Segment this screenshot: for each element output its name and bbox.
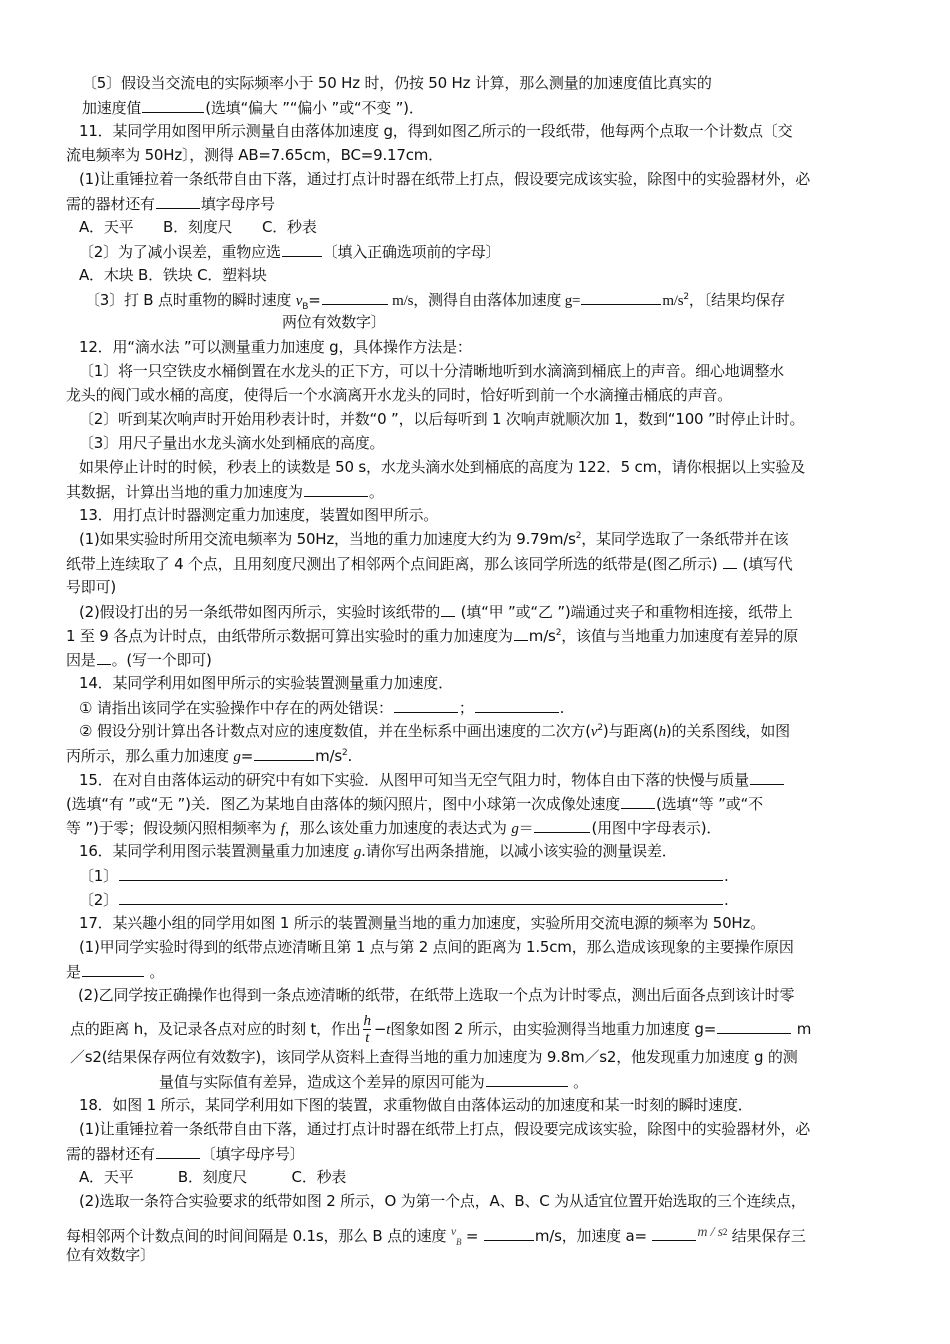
text: 〔填字母序号〕 [201, 1145, 305, 1163]
text: 。 [569, 1073, 588, 1091]
text: 两位有效数字〕 [282, 313, 386, 331]
text: A．木块 B．铁块 C．塑料块 [79, 266, 267, 284]
text: ； [459, 699, 474, 717]
answer-blank[interactable] [475, 697, 559, 713]
q11-stem-line2: 流电频率为 50Hz〕，测得 AB=7.65cm，BC=9.17cm． [66, 145, 443, 165]
text: ＝ [519, 819, 534, 837]
q17-part2-line4: 量值与实际值有差异，造成这个差异的原因可能为 。 [159, 1071, 588, 1092]
q16-stem: 16．某同学利用图示装置测量重力加速度 g.请你写出两条措施，以减小该实验的测量… [79, 841, 677, 862]
answer-blank[interactable] [119, 865, 723, 881]
q18-stem: 18．如图 1 所示，某同学利用如下图的装置，求重物做自由落体运动的加速度和某一… [79, 1095, 753, 1115]
answer-blank[interactable] [156, 1143, 200, 1159]
text: 结果保存三 [727, 1227, 806, 1245]
text: ① 请指出该同学在实验操作中存在的两处错误： [79, 699, 393, 717]
text: m/s [529, 627, 556, 645]
text: 。 [369, 483, 384, 501]
q15-line2: (选填“有 ”或“无 ”)关．图乙为某地自由落体的频闪照片，图中小球第一次成像处… [66, 793, 763, 814]
q13-part1-line3: 号即可) [66, 577, 116, 597]
q17-part1-line1: (1)甲同学实验时得到的纸带点迹清晰且第 1 点与第 2 点间的距离为 1.5c… [79, 937, 794, 957]
text: )的关系图线，如图 [666, 722, 790, 740]
text: m [792, 1020, 811, 1038]
q12-step3: 〔3〕用尺子量出水龙头滴水处到桶底的高度。 [79, 433, 384, 453]
q13-part1-line1: (1)如果实验时所用交流电频率为 50Hz，当地的重力加速度大约为 9.79m/… [79, 529, 788, 549]
text: 〔2〕为了减小误差，重物应选 [79, 243, 281, 261]
text: ，〔结果均保存 [689, 291, 785, 309]
answer-blank[interactable] [652, 1225, 696, 1241]
q18-part2-line1: (2)选取一条符合实验要求的纸带如图 2 所示，O 为第一个点，A、B、C 为从… [79, 1191, 806, 1211]
text: 18．如图 1 所示，某同学利用如下图的装置，求重物做自由落体运动的加速度和某一… [79, 1096, 753, 1114]
text: (选填“偏大 ”“偏小 ”或“不变 ”)． [205, 99, 423, 117]
answer-blank[interactable] [723, 553, 737, 569]
text: − [374, 1020, 386, 1038]
answer-blank[interactable] [142, 97, 204, 113]
q18-part1-line2: 需的器材还有〔填字母序号〕 [66, 1143, 304, 1164]
unit: m/s [315, 747, 342, 765]
text: m/s，测得自由落体加速度 g= [389, 293, 581, 309]
denominator: t [363, 1029, 371, 1046]
q11-part1-line2: 需的器材还有填字母序号 [66, 193, 275, 214]
q11-part1-options: A．天平 B．刻度尺 C．秒表 [79, 217, 317, 237]
text: 15．在对自由落体运动的研究中有如下实验．从图甲可知当无空气阻力时，物体自由下落… [79, 771, 749, 789]
q13-part2-line2: 1 至 9 各点为计时点，由纸带所示数据可算出实验时的重力加速度为m/s2，该值… [66, 625, 798, 646]
q10-part5-line1: 〔5〕假设当交流电的实际频率小于 50 Hz 时，仍按 50 Hz 计算，那么测… [82, 73, 712, 93]
q17-part2-line1: (2)乙同学按正确操作也得到一条点迹清晰的纸带，在纸带上选取一个点为计时零点，测… [78, 985, 794, 1005]
q13-stem: 13．用打点计时器测定重力加速度，装置如图甲所示。 [79, 505, 438, 525]
q11-part3-line2: 两位有效数字〕 [282, 312, 386, 332]
answer-blank[interactable] [486, 1071, 568, 1087]
text: 图象如图 2 所示，由实验测得当地重力加速度 g= [390, 1020, 716, 1038]
answer-blank[interactable] [322, 289, 388, 305]
text: 〔3〕用尺子量出水龙头滴水处到桶底的高度。 [79, 434, 384, 452]
q16-measure1: 〔1〕. [79, 865, 729, 886]
text: 12．用“滴水法 ”可以测量重力加速度 g，具体操作方法是： [79, 338, 472, 356]
text: 〔3〕打 B 点时重物的瞬时速度 [85, 291, 296, 309]
text: 〔2〕听到某次响声时开始用秒表计时，并数“0 ”，以后每听到 1 次响声就顺次加… [79, 410, 804, 428]
q11-part2: 〔2〕为了减小误差，重物应选〔填入正确选项前的字母〕 [79, 241, 500, 262]
q17-part2-line2: 点的距离 h，及记录各点对应的时刻 t，作出ht−t图象如图 2 所示，由实验测… [70, 1013, 811, 1046]
answer-blank[interactable] [750, 769, 784, 785]
text: (2)假设打出的另一条纸带如图丙所示，实验时该纸带的 [79, 603, 440, 621]
answer-blank[interactable] [282, 241, 322, 257]
q13-part2-line1: (2)假设打出的另一条纸带如图丙所示，实验时该纸带的 (填“甲 ”或“乙 ”)端… [79, 601, 793, 622]
q15-line1: 15．在对自由落体运动的研究中有如下实验．从图甲可知当无空气阻力时，物体自由下落… [79, 769, 785, 790]
answer-blank[interactable] [441, 601, 455, 617]
text: 〔填入正确选项前的字母〕 [323, 243, 501, 261]
q12-stem: 12．用“滴水法 ”可以测量重力加速度 g，具体操作方法是： [79, 337, 472, 357]
q18-part2-line3: 位有效数字〕 [66, 1245, 155, 1265]
text: . [560, 699, 565, 717]
text: 号即可) [66, 578, 116, 596]
text: 17．某兴趣小组的同学用如图 1 所示的装置测量当地的重力加速度，实验所用交流电… [79, 914, 765, 932]
answer-blank[interactable] [82, 961, 144, 977]
text: 是 [66, 963, 81, 981]
text: . [724, 891, 729, 909]
text: 。 [145, 963, 164, 981]
text: (用图中字母表示)． [591, 819, 721, 837]
text: 丙所示，那么重力加速度 [66, 747, 233, 765]
text: (1)让重锤拉着一条纸带自由下落，通过打点计时器在纸带上打点，假设要完成该实验，… [79, 170, 810, 188]
answer-blank[interactable] [534, 817, 590, 833]
text: (1)如果实验时所用交流电频率为 50Hz，当地的重力加速度大约为 9.79m/… [79, 530, 576, 548]
answer-blank[interactable] [394, 697, 458, 713]
q11-part1-line1: (1)让重锤拉着一条纸带自由下落，通过打点计时器在纸带上打点，假设要完成该实验，… [79, 169, 810, 189]
text: 如果停止计时的时候，秒表上的读数是 50 s，水龙头滴水处到桶底的高度为 122… [79, 458, 805, 476]
variable: g [511, 821, 518, 837]
text: 量值与实际值有差异，造成这个差异的原因可能为 [159, 1073, 485, 1091]
unit: m/s [662, 293, 683, 309]
q18-part2-line2: 每相邻两个计数点间的时间间隔是 0.1s，那么 B 点的速度 vB = m/s，… [66, 1221, 806, 1246]
answer-blank[interactable] [97, 649, 111, 665]
text: (1)让重锤拉着一条纸带自由下落，通过打点计时器在纸带上打点，假设要完成该实验，… [79, 1120, 810, 1138]
text: ／s2(结果保存两位有效数字)，该同学从资料上查得当地的重力加速度为 9.8m／… [70, 1048, 798, 1066]
answer-blank[interactable] [254, 745, 314, 761]
text: 流电频率为 50Hz〕，测得 AB=7.65cm，BC=9.17cm． [66, 146, 443, 164]
text: = [461, 1227, 483, 1245]
text: = [308, 291, 320, 309]
text: 1 至 9 各点为计时点，由纸带所示数据可算出实验时的重力加速度为 [66, 627, 513, 645]
answer-blank[interactable] [581, 289, 661, 305]
text: ，该值与当地重力加速度有差异的原 [561, 627, 798, 645]
text: = [241, 747, 253, 765]
q16-measure2: 〔2〕. [79, 889, 729, 910]
q11-part3-line1: 〔3〕打 B 点时重物的瞬时速度 vB= m/s，测得自由落体加速度 g=m/s… [85, 289, 785, 311]
numerator: h [362, 1013, 373, 1029]
text: 〔5〕假设当交流电的实际频率小于 50 Hz 时，仍按 50 Hz 计算，那么测… [82, 74, 712, 92]
q12-step2: 〔2〕听到某次响声时开始用秒表计时，并数“0 ”，以后每听到 1 次响声就顺次加… [79, 409, 804, 429]
answer-blank[interactable] [621, 793, 655, 809]
text: A．天平 B．刻度尺 C．秒表 [79, 1168, 346, 1186]
text: 16．某同学利用图示装置测量重力加速度 [79, 842, 354, 860]
text: .请你写出两条措施，以减小该实验的测量误差． [361, 842, 676, 860]
text: ② 假设分别计算出各计数点对应的速度数值，并在坐标系中画出速度的二次方( [79, 722, 591, 740]
q14-part1: ① 请指出该同学在实验操作中存在的两处错误：；. [79, 697, 564, 718]
q15-line3: 等 ”)于零；假设频闪照相频率为 f，那么该处重力加速度的表达式为 g＝(用图中… [66, 817, 721, 839]
text: (2)选取一条符合实验要求的纸带如图 2 所示，O 为第一个点，A、B、C 为从… [79, 1192, 806, 1210]
text: (选填“有 ”或“无 ”)关．图乙为某地自由落体的频闪照片，图中小球第一次成像处… [66, 795, 620, 813]
q12-question-line2: 其数据，计算出当地的重力加速度为。 [66, 481, 384, 502]
document-page: 〔5〕假设当交流电的实际频率小于 50 Hz 时，仍按 50 Hz 计算，那么测… [0, 0, 950, 1344]
q18-part1-line1: (1)让重锤拉着一条纸带自由下落，通过打点计时器在纸带上打点，假设要完成该实验，… [79, 1119, 810, 1139]
answer-blank[interactable] [156, 193, 200, 209]
q14-stem: 14．某同学利用如图甲所示的实验装置测量重力加速度． [79, 673, 453, 693]
text: 纸带上连续取了 4 个点，且用刻度尺测出了相邻两个点间距离，那么该同学所选的纸带… [66, 555, 722, 573]
text: (1)甲同学实验时得到的纸带点迹清晰且第 1 点与第 2 点间的距离为 1.5c… [79, 938, 794, 956]
q12-step1-line1: 〔1〕将一只空铁皮水桶倒置在水龙头的正下方，可以十分清晰地听到水滴滴到桶底上的声… [79, 361, 784, 381]
text: 〔1〕将一只空铁皮水桶倒置在水龙头的正下方，可以十分清晰地听到水滴滴到桶底上的声… [79, 362, 784, 380]
text: 〔2〕 [79, 891, 118, 909]
text: 因是 [66, 651, 96, 669]
text: (2)乙同学按正确操作也得到一条点迹清晰的纸带，在纸带上选取一个点为计时零点，测… [78, 986, 794, 1004]
text: ，某同学选取了一条纸带并在该 [581, 530, 788, 548]
text: 11．某同学用如图甲所示测量自由落体加速度 g，得到如图乙所示的一段纸带，他每两… [79, 122, 792, 140]
q14-part2-line1: ② 假设分别计算出各计数点对应的速度数值，并在坐标系中画出速度的二次方(v2)与… [79, 721, 790, 742]
text: (填“甲 ”或“乙 ”)端通过夹子和重物相连接，纸带上 [456, 603, 793, 621]
text: )与距离( [603, 722, 659, 740]
text: ，那么该处重力加速度的表达式为 [285, 819, 512, 837]
text: . [347, 747, 352, 765]
text: m/s，加速度 a= [535, 1227, 652, 1245]
text: 点的距离 h，及记录各点对应的时刻 t，作出 [70, 1020, 361, 1038]
q17-stem: 17．某兴趣小组的同学用如图 1 所示的装置测量当地的重力加速度，实验所用交流电… [79, 913, 765, 933]
answer-blank[interactable] [717, 1018, 791, 1034]
q14-part2-line2: 丙所示，那么重力加速度 g=m/s2. [66, 745, 352, 767]
q13-part2-line3: 因是。(写一个即可) [66, 649, 212, 670]
variable: h [659, 724, 666, 740]
text: . [724, 867, 729, 885]
answer-blank[interactable] [514, 625, 528, 641]
answer-blank[interactable] [304, 481, 368, 497]
q10-part5-line2: 加速度值(选填“偏大 ”“偏小 ”或“不变 ”)． [82, 97, 424, 118]
variable: g [233, 749, 240, 765]
q17-part1-line2: 是 。 [66, 961, 164, 982]
text: 〔1〕 [79, 867, 118, 885]
text: 其数据，计算出当地的重力加速度为 [66, 483, 303, 501]
text: 等 ”)于零；假设频闪照相频率为 [66, 819, 281, 837]
text: 需的器材还有 [66, 195, 155, 213]
variable: v [451, 1224, 456, 1238]
answer-blank[interactable] [119, 889, 723, 905]
text: 龙头的阀门或水桶的高度，使得后一个水滴离开水龙头的同时，恰好听到前一个水滴撞击桶… [66, 386, 732, 404]
q17-part2-line3: ／s2(结果保存两位有效数字)，该同学从资料上查得当地的重力加速度为 9.8m／… [70, 1047, 798, 1067]
text: 13．用打点计时器测定重力加速度，装置如图甲所示。 [79, 506, 438, 524]
text: 填字母序号 [201, 195, 275, 213]
text: A．天平 B．刻度尺 C．秒表 [79, 218, 317, 236]
text: (填写代 [738, 555, 793, 573]
text: 位有效数字〕 [66, 1246, 155, 1264]
q11-stem-line1: 11．某同学用如图甲所示测量自由落体加速度 g，得到如图乙所示的一段纸带，他每两… [79, 121, 792, 141]
text: 每相邻两个计数点间的时间间隔是 0.1s，那么 B 点的速度 [66, 1227, 451, 1245]
fraction-h-over-t: ht [362, 1013, 373, 1046]
answer-blank[interactable] [484, 1225, 534, 1241]
unit: m / s [697, 1225, 722, 1240]
q18-part1-options: A．天平 B．刻度尺 C．秒表 [79, 1167, 346, 1187]
q12-question-line1: 如果停止计时的时候，秒表上的读数是 50 s，水龙头滴水处到桶底的高度为 122… [79, 457, 805, 477]
text: 。(写一个即可) [112, 651, 212, 669]
text: 需的器材还有 [66, 1145, 155, 1163]
text: (选填“等 ”或“不 [656, 795, 763, 813]
q13-part1-line2: 纸带上连续取了 4 个点，且用刻度尺测出了相邻两个点间距离，那么该同学所选的纸带… [66, 553, 793, 574]
text: 14．某同学利用如图甲所示的实验装置测量重力加速度． [79, 674, 453, 692]
text: 加速度值 [82, 99, 141, 117]
q11-part2-options: A．木块 B．铁块 C．塑料块 [79, 265, 267, 285]
q12-step1-line2: 龙头的阀门或水桶的高度，使得后一个水滴离开水龙头的同时，恰好听到前一个水滴撞击桶… [66, 385, 732, 405]
